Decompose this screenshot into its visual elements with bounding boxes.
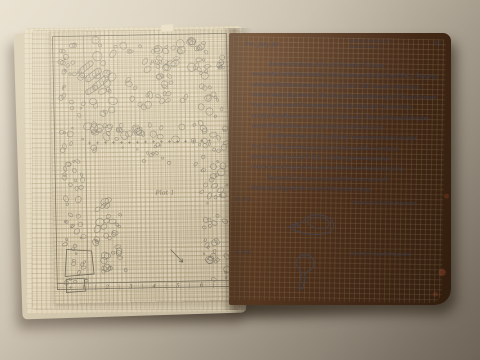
scale-mark: 4 <box>153 284 157 290</box>
scale-mark: | <box>165 284 167 290</box>
find-1-caption: Impasto lid handle fragment <box>351 201 415 207</box>
scale-mark: 6 <box>200 283 204 289</box>
header-note: Area of gallery 2/1 Area of site 4 <box>349 39 392 51</box>
find-2-label: 2) D-6 <box>234 250 251 256</box>
scale-mark: + <box>68 285 73 291</box>
journal-body-text: An area 2m long, 4-6 and 2m wide, D-E wa… <box>251 59 443 196</box>
find-1-label: 1) E-3 <box>234 197 251 203</box>
impasto-lid-sketch <box>287 211 341 242</box>
header-note-line2: Area of site 4 <box>349 44 392 50</box>
scale-mark: 1 <box>82 285 86 291</box>
scale-mark: 5 <box>176 283 180 289</box>
scale-mark: | <box>118 284 120 290</box>
notebook-photo: Plot 2 Plot 1 +1|2|3|4|5|6| Fri. July 30… <box>0 0 480 360</box>
page-number: 93 <box>434 41 441 47</box>
scale-mark: 2 <box>106 285 110 291</box>
scale-mark: | <box>142 284 144 290</box>
right-page: Fri. July 30 Area of gallery 2/1 Area of… <box>229 36 446 303</box>
scale-mark: | <box>212 283 214 289</box>
entry-date: Fri. July 30 <box>245 41 279 49</box>
excavation-plan-sheet: Plot 2 Plot 1 +1|2|3|4|5|6| <box>49 28 236 303</box>
scale-mark: | <box>95 285 97 291</box>
bucchero-handle-sketch <box>291 253 318 291</box>
plot-label-bottom: Plot 1 <box>155 189 174 196</box>
plot-label-top: Plot 2 <box>150 59 169 66</box>
scale-mark: 3 <box>129 284 133 290</box>
journal-line: stone packing which covered the entire a… <box>251 183 441 196</box>
find-2-caption: Bucchero handle fragment <box>351 252 411 258</box>
excavation-plan-drawing <box>49 28 236 303</box>
scale-mark: | <box>189 283 191 289</box>
